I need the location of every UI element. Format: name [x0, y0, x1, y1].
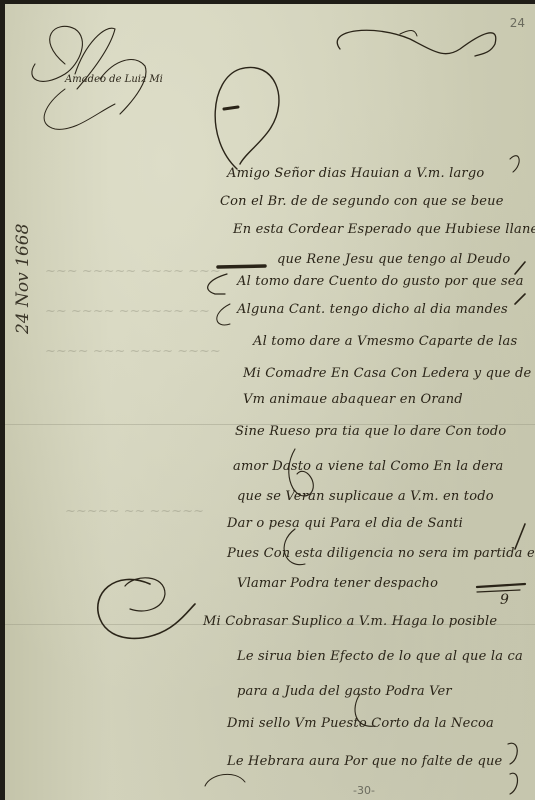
manuscript-page: ~~~ ~~~~~ ~~~~ ~~~ ~~ ~~~~ ~~~~~~ ~~ ~~~… — [5, 4, 535, 800]
margin-date-annotation: 24 Nov 1668 — [13, 224, 33, 334]
text-line-18: para a Juda del gasto Podra Ver — [237, 684, 452, 699]
text-line-16: Mi Cobrasar Suplico a V.m. Haga lo posib… — [203, 614, 497, 629]
text-line-7: Al tomo dare a Vmesmo Caparte de las — [253, 334, 517, 349]
text-line-10: Sine Rueso pra tia que lo dare Con todo — [235, 424, 506, 439]
text-line-11: amor Dasto a viene tal Como En la dera — [233, 459, 504, 474]
text-line-19: Dmi sello Vm Puesto Corto da la Necoa — [227, 716, 494, 731]
text-line-13: Dar o pesa qui Para el dia de Santi — [227, 516, 463, 531]
text-line-2: Con el Br. de de segundo con que se beue — [220, 194, 504, 209]
text-line-8: Mi Comadre En Casa Con Ledera y que de — [243, 366, 531, 381]
text-line-12: que se Veran suplicaue a V.m. en todo — [237, 489, 494, 504]
text-line-9: Vm animaue abaquear en Orand — [243, 392, 463, 407]
text-line-15: Vlamar Podra tener despacho — [237, 576, 438, 591]
text-line-17: Le sirua bien Efecto de lo que al que la… — [237, 649, 523, 664]
text-line-5: Al tomo dare Cuento do gusto por que sea — [237, 274, 524, 289]
bleed-through-text: ~~~~~ ~~ ~~~~~ — [65, 504, 204, 519]
bleed-through-text: ~~ ~~~~ ~~~~~~ ~~ — [45, 304, 210, 319]
bleed-through-text: ~~~~ ~~~ ~~~~ ~~~~ — [45, 344, 221, 359]
bleed-through-text: ~~~ ~~~~~ ~~~~ ~~~ — [45, 264, 221, 279]
text-line-4: que Rene Jesu que tengo al Deudo — [277, 252, 510, 267]
text-line-6: Alguna Cant. tengo dicho al dia mandes — [237, 302, 508, 317]
salutation: Amadeo de Luiz Mi — [65, 74, 163, 85]
page-number: -30- — [353, 784, 375, 797]
text-line-3: En esta Cordear Esperado que Hubiese lla… — [233, 222, 535, 237]
text-line-20: Le Hebrara aura Por que no falte de que — [227, 754, 502, 769]
text-line-1: Amigo Señor dias Hauian a V.m. largo — [227, 166, 484, 181]
folio-number: 24 — [510, 16, 525, 30]
marginal-note: 9 — [500, 592, 509, 608]
text-line-14: Pues Con esta diligencia no sera im part… — [227, 546, 535, 561]
